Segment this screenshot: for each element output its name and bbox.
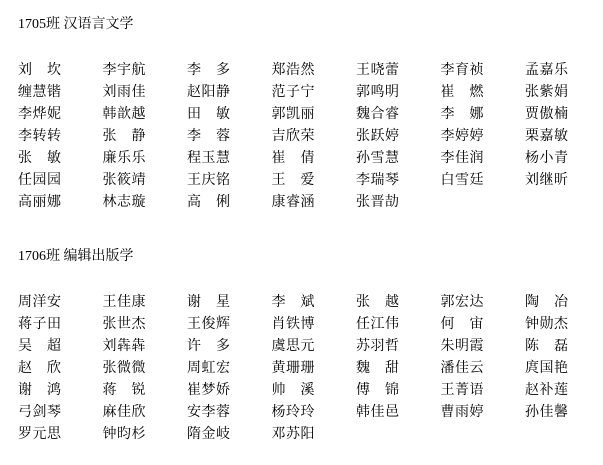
student-name: 吉欣荣: [272, 126, 357, 148]
student-name: 贾傲楠: [525, 104, 603, 126]
student-name: 任园园: [18, 170, 103, 192]
student-name: 孙佳馨: [525, 402, 603, 424]
student-name: 王哓蕾: [356, 60, 441, 82]
student-name: 李佳润: [441, 148, 526, 170]
student-name: 田 敏: [187, 104, 272, 126]
student-name: 王佳康: [103, 292, 188, 314]
empty-cell: [356, 424, 441, 446]
student-name: 郭宏达: [441, 292, 526, 314]
student-name: 张晋劼: [356, 192, 441, 214]
student-name: 庹国艳: [525, 358, 603, 380]
name-grid: 刘 坎李宇航李 多郑浩然王哓蕾李育祯孟嘉乐缠慧锴刘雨佳赵阳静范子宁郭鸣明崔 燃张…: [18, 60, 603, 214]
student-name: 陈 磊: [525, 336, 603, 358]
student-name: 陶 冶: [525, 292, 603, 314]
student-name: 韩歆越: [103, 104, 188, 126]
student-name: 王庆铭: [187, 170, 272, 192]
student-name: 魏 甜: [356, 358, 441, 380]
student-name: 刘继昕: [525, 170, 603, 192]
student-name: 钟勋杰: [525, 314, 603, 336]
student-name: 蒋子田: [18, 314, 103, 336]
student-name: 李婷婷: [441, 126, 526, 148]
student-name: 王 爱: [272, 170, 357, 192]
name-grid: 周洋安王佳康谢 星李 斌张 越郭宏达陶 冶蒋子田张世杰王俊辉肖铁博任江伟何 宙钟…: [18, 292, 603, 446]
student-name: 杨小青: [525, 148, 603, 170]
empty-cell: [525, 424, 603, 446]
student-name: 苏羽哲: [356, 336, 441, 358]
student-name: 傅 锦: [356, 380, 441, 402]
student-name: 弓剑琴: [18, 402, 103, 424]
student-name: 郭鸣明: [356, 82, 441, 104]
student-name: 白雪廷: [441, 170, 526, 192]
student-name: 张微微: [103, 358, 188, 380]
roster-section: 1705班 汉语言文学刘 坎李宇航李 多郑浩然王哓蕾李育祯孟嘉乐缠慧锴刘雨佳赵阳…: [18, 14, 603, 214]
empty-cell: [441, 192, 526, 214]
student-name: 缠慧锴: [18, 82, 103, 104]
student-name: 谢 鸿: [18, 380, 103, 402]
student-name: 任江伟: [356, 314, 441, 336]
student-name: 李瑞琴: [356, 170, 441, 192]
student-name: 隋金岐: [187, 424, 272, 446]
empty-cell: [441, 424, 526, 446]
student-name: 郭凯丽: [272, 104, 357, 126]
student-name: 张筱靖: [103, 170, 188, 192]
student-name: 杨玲玲: [272, 402, 357, 424]
student-name: 刘雨佳: [103, 82, 188, 104]
student-name: 李宇航: [103, 60, 188, 82]
student-name: 孙雪慧: [356, 148, 441, 170]
student-name: 崔梦娇: [187, 380, 272, 402]
student-name: 赵阳静: [187, 82, 272, 104]
student-name: 安李蓉: [187, 402, 272, 424]
student-name: 周虹宏: [187, 358, 272, 380]
student-name: 康睿涵: [272, 192, 357, 214]
student-name: 李育祯: [441, 60, 526, 82]
student-name: 李 娜: [441, 104, 526, 126]
student-name: 张世杰: [103, 314, 188, 336]
student-name: 何 宙: [441, 314, 526, 336]
student-name: 王俊辉: [187, 314, 272, 336]
student-name: 肖铁博: [272, 314, 357, 336]
student-name: 黄珊珊: [272, 358, 357, 380]
student-name: 虞思元: [272, 336, 357, 358]
empty-cell: [525, 192, 603, 214]
student-name: 栗嘉敏: [525, 126, 603, 148]
student-name: 刘犇犇: [103, 336, 188, 358]
student-name: 廉乐乐: [103, 148, 188, 170]
student-name: 高 俐: [187, 192, 272, 214]
student-name: 曹雨婷: [441, 402, 526, 424]
student-name: 范子宁: [272, 82, 357, 104]
class-roster-document: 1705班 汉语言文学刘 坎李宇航李 多郑浩然王哓蕾李育祯孟嘉乐缠慧锴刘雨佳赵阳…: [0, 0, 603, 465]
student-name: 李 多: [187, 60, 272, 82]
student-name: 高丽娜: [18, 192, 103, 214]
student-name: 周洋安: [18, 292, 103, 314]
student-name: 赵补莲: [525, 380, 603, 402]
student-name: 罗元思: [18, 424, 103, 446]
student-name: 崔 倩: [272, 148, 357, 170]
student-name: 麻佳欣: [103, 402, 188, 424]
student-name: 崔 燃: [441, 82, 526, 104]
student-name: 孟嘉乐: [525, 60, 603, 82]
student-name: 谢 星: [187, 292, 272, 314]
student-name: 张紫娟: [525, 82, 603, 104]
student-name: 吴 超: [18, 336, 103, 358]
student-name: 程玉慧: [187, 148, 272, 170]
student-name: 帅 溪: [272, 380, 357, 402]
student-name: 张跃婷: [356, 126, 441, 148]
student-name: 赵 欣: [18, 358, 103, 380]
student-name: 李烨妮: [18, 104, 103, 126]
roster-section: 1706班 编辑出版学周洋安王佳康谢 星李 斌张 越郭宏达陶 冶蒋子田张世杰王俊…: [18, 246, 603, 446]
student-name: 韩佳邑: [356, 402, 441, 424]
section-title: 1706班 编辑出版学: [18, 246, 603, 268]
student-name: 李转转: [18, 126, 103, 148]
student-name: 钟昀杉: [103, 424, 188, 446]
student-name: 李 斌: [272, 292, 357, 314]
student-name: 林志璇: [103, 192, 188, 214]
student-name: 张 静: [103, 126, 188, 148]
student-name: 蒋 锐: [103, 380, 188, 402]
student-name: 张 越: [356, 292, 441, 314]
student-name: 邓苏阳: [272, 424, 357, 446]
student-name: 魏合睿: [356, 104, 441, 126]
student-name: 张 敏: [18, 148, 103, 170]
section-title: 1705班 汉语言文学: [18, 14, 603, 36]
student-name: 潘佳云: [441, 358, 526, 380]
student-name: 郑浩然: [272, 60, 357, 82]
student-name: 许 多: [187, 336, 272, 358]
student-name: 刘 坎: [18, 60, 103, 82]
student-name: 李 蓉: [187, 126, 272, 148]
student-name: 王菁语: [441, 380, 526, 402]
student-name: 朱明霞: [441, 336, 526, 358]
